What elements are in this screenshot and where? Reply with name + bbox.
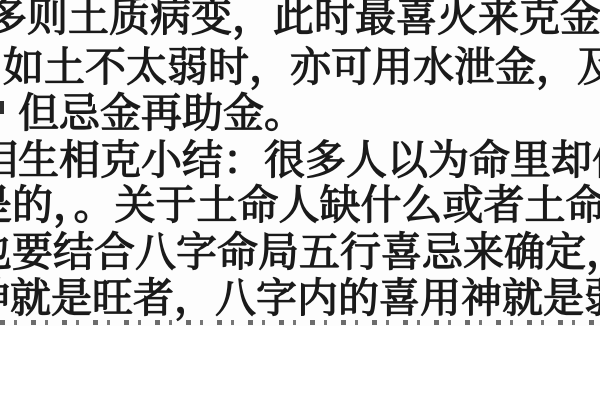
cropped-line-fragments xyxy=(0,320,600,325)
text-line-6: 也要结合八字命局五行喜忌来确定， xyxy=(0,232,600,273)
text-line-1: 多则土质病变，此时最喜火来克金 xyxy=(0,0,600,38)
text-line-5: 是的，。关于土命人缺什么或者土命 xyxy=(0,185,600,226)
text-line-2: 如土不太弱时，亦可用水泄金，及 xyxy=(3,47,600,88)
text-line-3: 但忌金再助金。 xyxy=(18,93,305,134)
document-page: 多则土质病变，此时最喜火来克金 如土不太弱时，亦可用水泄金，及 但忌金再助金。 … xyxy=(0,0,600,400)
blank-margin xyxy=(0,326,600,400)
text-line-7: 神就是旺者，八字内的喜用神就是弱 xyxy=(0,278,600,319)
text-line-4: 相生相克小结：很多人以为命里却什 xyxy=(0,140,600,181)
cropped-char-fragment xyxy=(0,101,4,114)
